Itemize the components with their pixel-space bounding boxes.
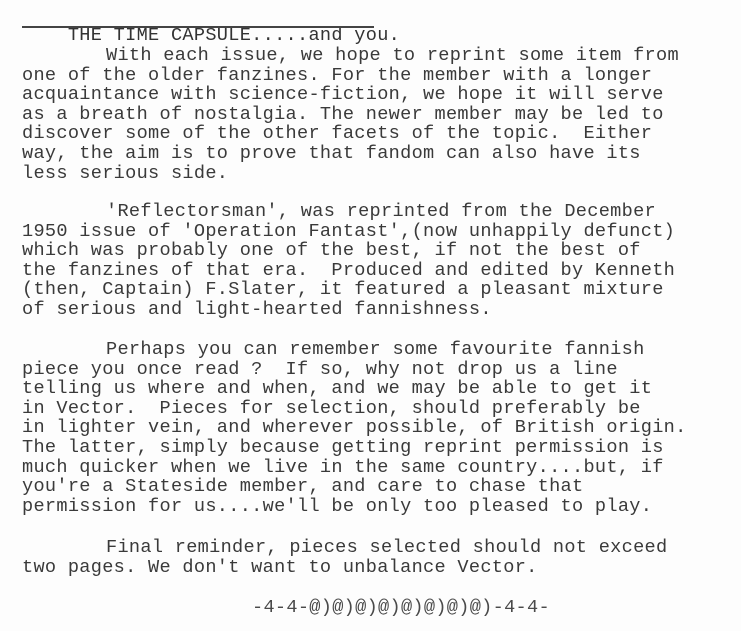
text-line: Final reminder, pieces selected should n… — [22, 538, 741, 558]
text-line: of serious and light-hearted fannishness… — [22, 300, 741, 320]
paragraph-submissions: Perhaps you can remember some favourite … — [22, 340, 741, 516]
text-line: telling us where and when, and we may be… — [22, 379, 741, 399]
text-line: you're a Stateside member, and care to c… — [22, 477, 741, 497]
typewritten-page: THE TIME CAPSULE.....and you. With each … — [0, 0, 741, 631]
paragraph-intro: With each issue, we hope to reprint some… — [22, 46, 741, 183]
text-line: Perhaps you can remember some favourite … — [22, 340, 741, 360]
text-line: discover some of the other facets of the… — [22, 124, 741, 144]
text-line: The latter, simply because getting repri… — [22, 438, 741, 458]
text-line: way, the aim is to prove that fandom can… — [22, 144, 741, 164]
text-line: acquaintance with science-fiction, we ho… — [22, 85, 741, 105]
text-line: 1950 issue of 'Operation Fantast',(now u… — [22, 222, 741, 242]
paragraph-reflectorsman: 'Reflectorsman', was reprinted from the … — [22, 202, 741, 320]
text-line: in lighter vein, and wherever possible, … — [22, 418, 741, 438]
text-line: which was probably one of the best, if n… — [22, 241, 741, 261]
text-line: the fanzines of that era. Produced and e… — [22, 261, 741, 281]
section-end-ornament: -4-4-@)@)@)@)@)@)@)@)-4-4- — [252, 598, 550, 618]
text-line: 'Reflectorsman', was reprinted from the … — [22, 202, 741, 222]
text-line: (then, Captain) F.Slater, it featured a … — [22, 280, 741, 300]
text-line: one of the older fanzines. For the membe… — [22, 66, 741, 86]
text-line: With each issue, we hope to reprint some… — [22, 46, 741, 66]
text-line: as a breath of nostalgia. The newer memb… — [22, 105, 741, 125]
text-line: two pages. We don't want to unbalance Ve… — [22, 558, 741, 578]
page-title-text: THE TIME CAPSULE.....and you. — [68, 25, 400, 46]
text-line: permission for us....we'll be only too p… — [22, 497, 741, 517]
text-line: in Vector. Pieces for selection, should … — [22, 399, 741, 419]
text-line: much quicker when we live in the same co… — [22, 458, 741, 478]
paragraph-reminder: Final reminder, pieces selected should n… — [22, 538, 741, 577]
text-line: piece you once read ? If so, why not dro… — [22, 360, 741, 380]
title-underline — [22, 26, 374, 28]
text-line: less serious side. — [22, 164, 741, 184]
